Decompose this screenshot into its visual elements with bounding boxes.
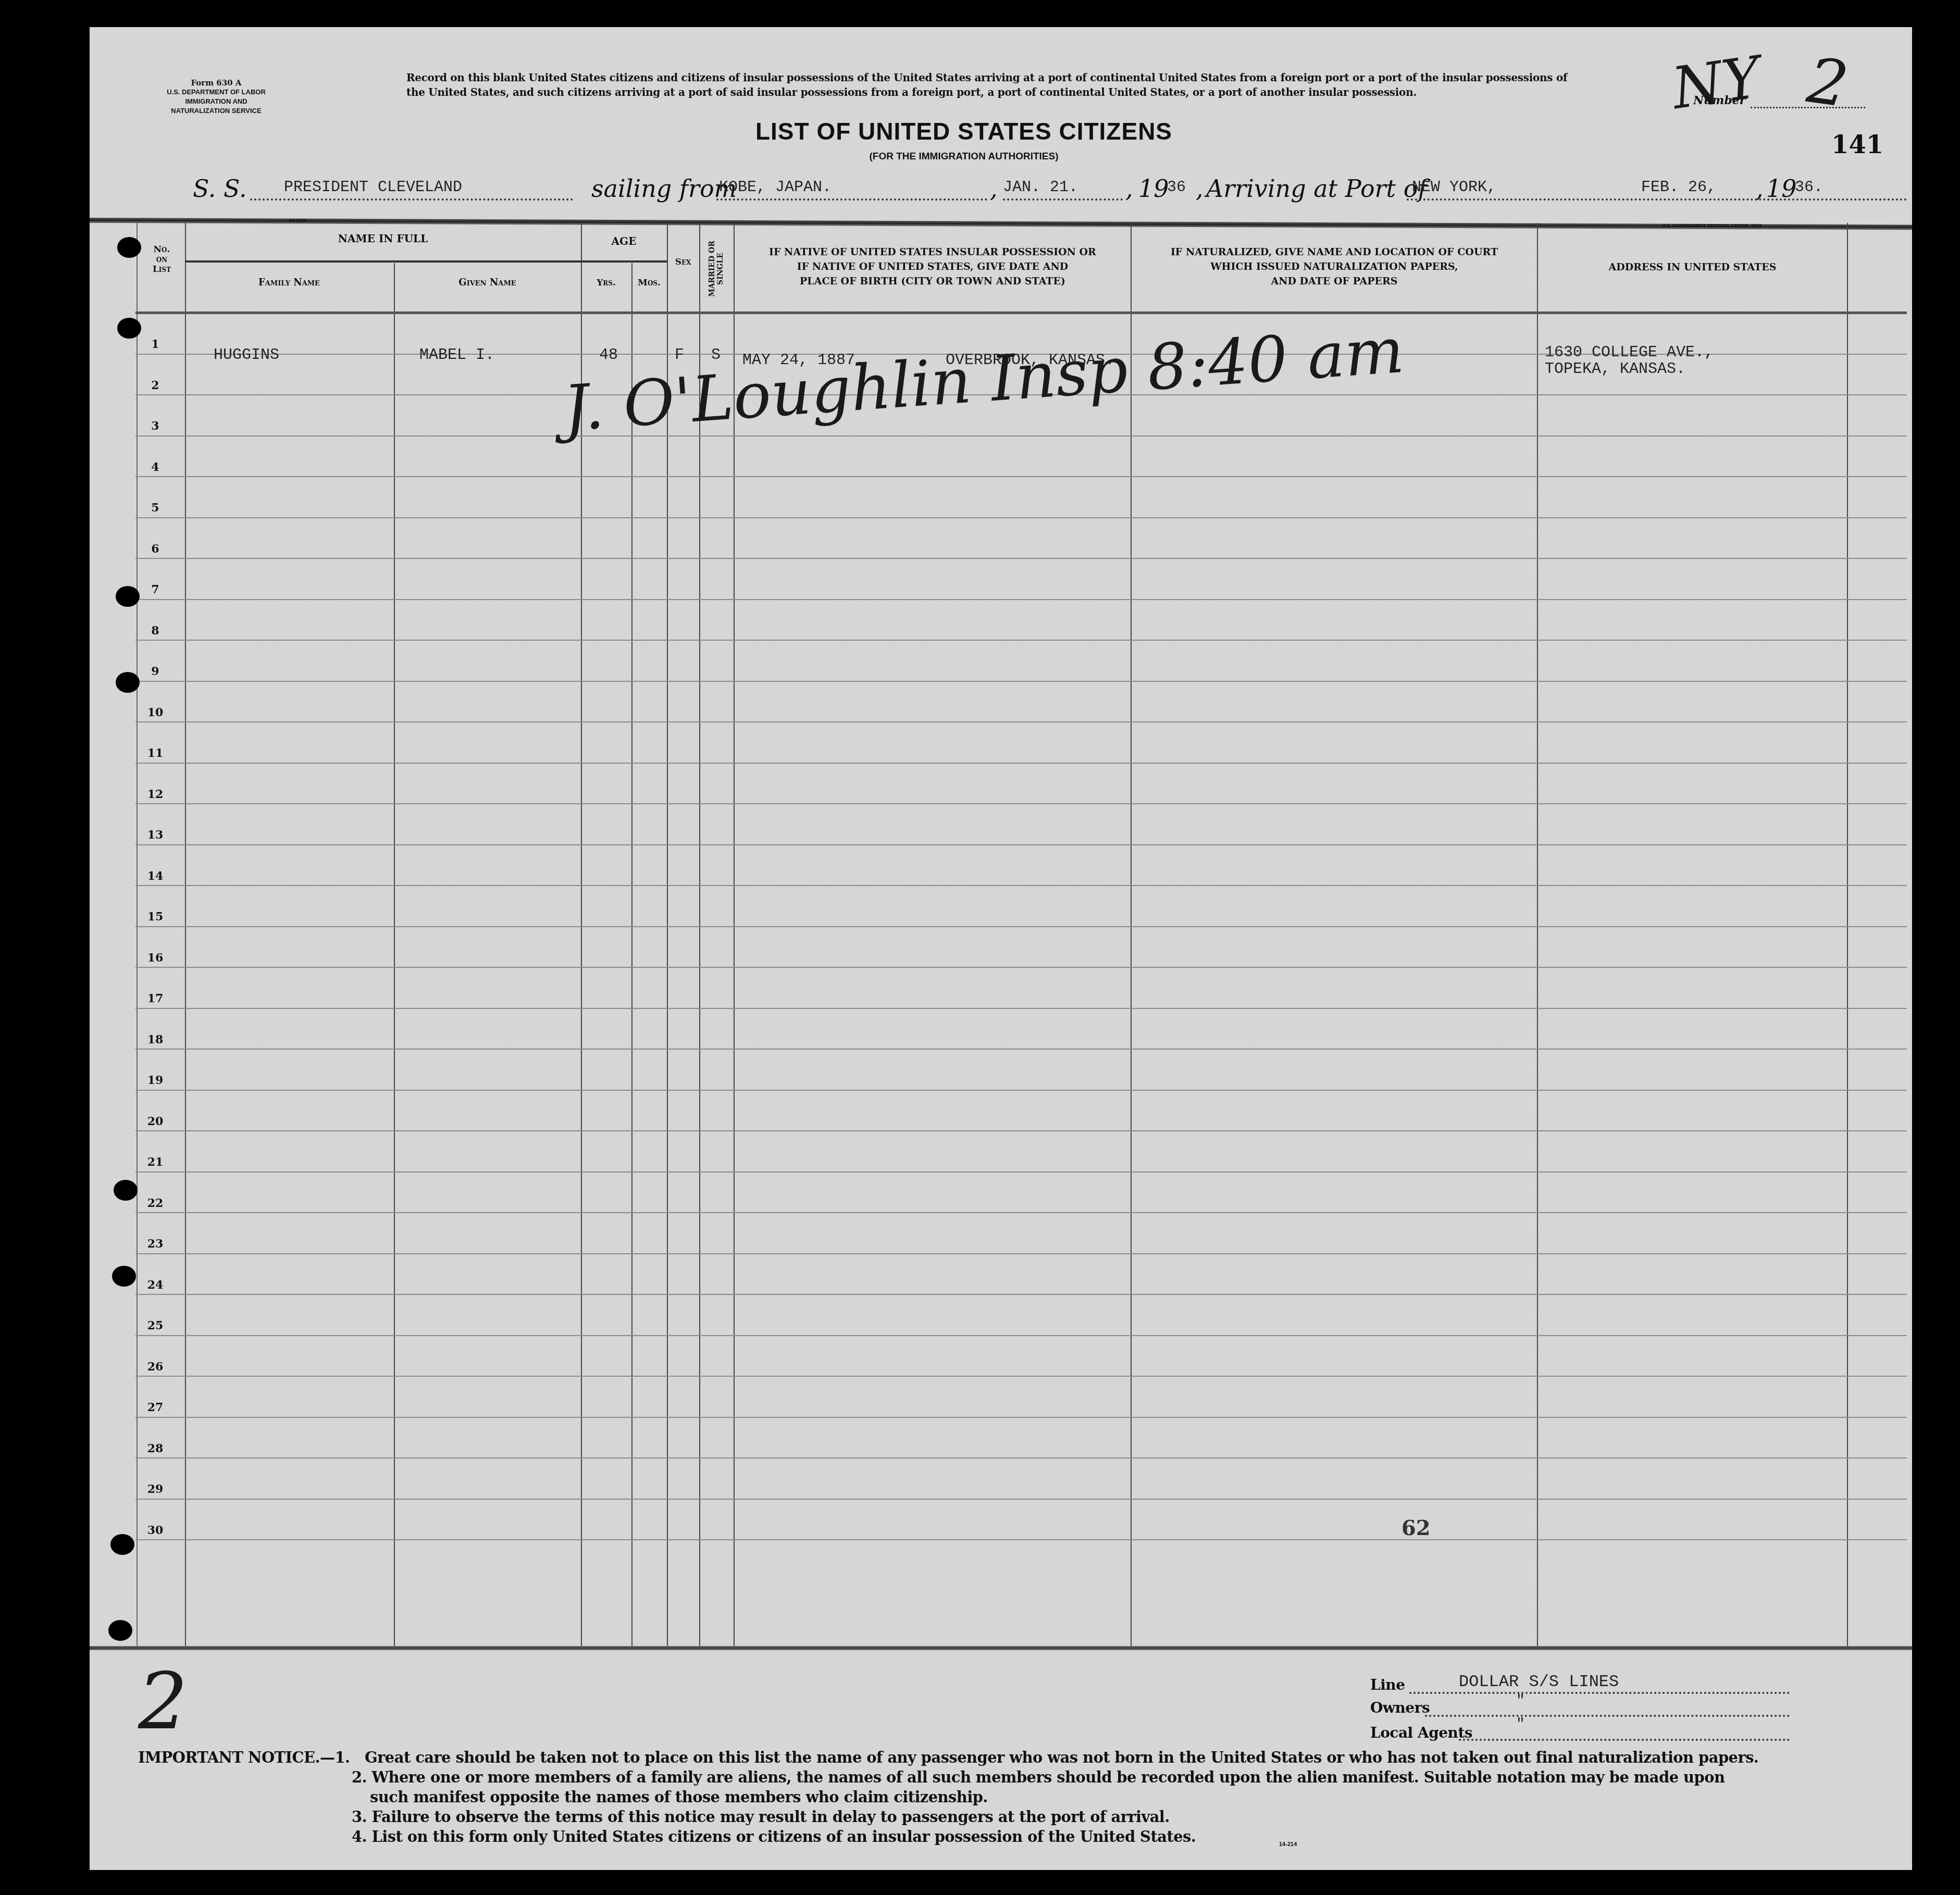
row-1-given-name: MABEL I. (419, 346, 494, 364)
page-title: LIST OF UNITED STATES CITIZENS (521, 117, 1407, 145)
row-number: 30 (140, 1524, 171, 1537)
arriving-label: Arriving at Port of (1206, 174, 1426, 203)
punch-hole (108, 1620, 132, 1641)
col-line-marital (734, 223, 735, 1648)
col-line-naturalized (1537, 223, 1538, 1648)
departure-year-prefix: 19 (1138, 174, 1169, 203)
row-line (135, 1008, 1907, 1009)
handwritten-page-count: 2 (138, 1656, 188, 1747)
ss-label: S. S. (193, 174, 247, 203)
header-age-yrs: Yrs. (581, 276, 631, 290)
row-number: 12 (140, 788, 171, 801)
ship-name: PRESIDENT CLEVELAND (284, 179, 462, 196)
row-number: 18 (140, 1033, 171, 1046)
header-birth: IF NATIVE OF UNITED STATES INSULAR POSSE… (735, 245, 1131, 289)
arrival-date: FEB. 26, (1641, 179, 1716, 196)
local-agents-value: " (1516, 1716, 1525, 1732)
col-line-family (394, 263, 395, 1648)
row-number: 9 (140, 665, 171, 678)
ship-name-line (250, 198, 573, 201)
service-line-2: NATURALIZATION SERVICE (130, 106, 302, 116)
col-line-yrs (631, 263, 632, 1648)
row-line (135, 803, 1907, 804)
row-1-address-line-2: TOPEKA, KANSAS. (1545, 360, 1685, 378)
col-line-birth (1131, 223, 1132, 1648)
row-line (135, 844, 1907, 845)
row-1-marital-status: S (711, 346, 721, 364)
header-naturalization: IF NATURALIZED, GIVE NAME AND LOCATION O… (1132, 245, 1537, 289)
line-label: Line (1370, 1676, 1405, 1693)
number-label: Number (1693, 94, 1745, 107)
row-line (135, 1376, 1907, 1377)
row-line (135, 1539, 1907, 1540)
row-number: 25 (140, 1319, 171, 1332)
row-number: 29 (140, 1482, 171, 1496)
row-line (135, 1212, 1907, 1213)
row-line (135, 1457, 1907, 1458)
punch-hole (114, 1180, 138, 1201)
header-family-name: Family Name (185, 276, 393, 290)
row-number: 23 (140, 1237, 171, 1251)
notice-item-2-cont: such manifest opposite the names of thos… (370, 1787, 988, 1807)
header-given-name: Given Name (394, 276, 581, 290)
departure-date-line (1003, 198, 1123, 201)
punch-hole (116, 672, 140, 693)
owners-field (1425, 1715, 1790, 1717)
form-code-top: 14-2144 (289, 218, 306, 223)
row-line (135, 763, 1907, 764)
row-number: 15 (140, 910, 171, 924)
notice-item-4: 4. List on this form only United States … (352, 1827, 1196, 1847)
row-number: 13 (140, 828, 171, 842)
form-code-bottom: 14-214 (1279, 1841, 1297, 1848)
row-1-address-line-1: 1630 COLLEGE AVE., (1545, 344, 1714, 361)
notice-label: IMPORTANT NOTICE.—1. (138, 1748, 350, 1767)
row-line (135, 1294, 1907, 1295)
row-number: 14 (140, 869, 171, 883)
arrival-line (1407, 198, 1907, 201)
header-no-on-list: No. on List (140, 245, 184, 275)
header-name-in-full: NAME IN FULL (185, 232, 581, 245)
line-field (1409, 1692, 1790, 1694)
stamped-page-number: 141 (1831, 130, 1883, 159)
row-number: 3 (140, 419, 171, 433)
row-line (135, 558, 1907, 559)
row-number: 17 (140, 992, 171, 1005)
voyage-line: S. S. PRESIDENT CLEVELAND sailing from K… (193, 174, 1839, 206)
service-line-1: IMMIGRATION AND (130, 97, 302, 106)
row-line (135, 1417, 1907, 1418)
departure-year-suffix: 36 (1167, 179, 1186, 196)
arrival-year-prefix: 19 (1766, 174, 1797, 203)
row-line (135, 1130, 1907, 1131)
line-value: DOLLAR S/S LINES (1459, 1672, 1619, 1691)
row-number: 5 (140, 501, 171, 515)
row-number: 6 (140, 542, 171, 556)
row-line (135, 435, 1907, 437)
header-sex: Sex (667, 255, 699, 269)
row-number: 8 (140, 624, 171, 638)
local-agents-label: Local Agents (1370, 1724, 1472, 1741)
row-line (135, 1049, 1907, 1050)
row-1-sex: F (675, 346, 684, 364)
row-line (135, 1253, 1907, 1254)
header-age: AGE (581, 234, 667, 248)
row-line (135, 1090, 1907, 1091)
local-agents-field (1459, 1739, 1790, 1741)
col-line-address (1847, 223, 1848, 1648)
row-line (135, 967, 1907, 968)
header-age-mos: Mos. (631, 276, 667, 290)
margin-line (137, 223, 138, 1648)
row-number: 2 (140, 379, 171, 392)
stamp-62: 62 (1401, 1516, 1431, 1540)
notice-item-3: 3. Failure to observe the terms of this … (352, 1807, 1170, 1827)
arrival-year-suffix: 36. (1795, 179, 1823, 196)
row-number: 19 (140, 1074, 171, 1087)
row-1-age-years: 48 (599, 346, 618, 364)
row-line (135, 926, 1907, 927)
row-line (135, 640, 1907, 641)
row-number: 24 (140, 1278, 171, 1292)
table-bottom-rule (90, 1646, 1912, 1650)
document-page (90, 27, 1912, 1870)
row-number: 20 (140, 1115, 171, 1128)
owners-label: Owners (1370, 1699, 1430, 1716)
row-number: 22 (140, 1196, 171, 1210)
row-line (135, 885, 1907, 886)
col-line-sex (699, 223, 700, 1648)
department-name: U.S. DEPARTMENT OF LABOR (130, 88, 302, 97)
row-line (135, 1171, 1907, 1173)
departure-date: JAN. 21. (1003, 179, 1078, 196)
header-address: ADDRESS IN UNITED STATES (1538, 260, 1847, 274)
row-line (135, 681, 1907, 682)
row-number: 10 (140, 706, 171, 719)
header-bottom-rule (135, 311, 1907, 314)
punch-hole (117, 318, 141, 339)
handwritten-port-mark: NY (1668, 44, 1765, 122)
row-number: 28 (140, 1442, 171, 1455)
row-line (135, 517, 1907, 518)
sailing-from-label: sailing from (591, 174, 737, 203)
row-number: 7 (140, 583, 171, 596)
row-line (135, 1499, 1907, 1500)
row-1-family-name: HUGGINS (214, 346, 279, 364)
row-number: 1 (140, 338, 171, 351)
name-age-subrule (185, 260, 667, 263)
departure-port-line (716, 198, 987, 201)
notice-item-1: Great care should be taken not to place … (365, 1748, 1758, 1767)
punch-hole (117, 237, 141, 258)
row-number: 21 (140, 1155, 171, 1169)
page-subtitle: (FOR THE IMMIGRATION AUTHORITIES) (703, 151, 1224, 163)
form-agency-block: Form 630 A U.S. DEPARTMENT OF LABOR IMMI… (130, 78, 302, 116)
header-married-or-single: MARRIED OR SINGLE (708, 230, 725, 308)
departure-port: KOBE, JAPAN. (719, 179, 832, 196)
form-instructions: Record on this blank United States citiz… (406, 70, 1589, 99)
col-line-no (185, 223, 186, 1648)
form-number: Form 630 A (130, 78, 302, 88)
punch-hole (116, 586, 140, 607)
row-line (135, 1335, 1907, 1336)
row-number: 16 (140, 951, 171, 965)
row-line (135, 476, 1907, 477)
row-line (135, 599, 1907, 600)
owners-value: " (1516, 1693, 1525, 1709)
row-number: 27 (140, 1401, 171, 1414)
arrival-port: NEW YORK, (1412, 179, 1496, 196)
row-number: 26 (140, 1360, 171, 1374)
notice-item-2: 2. Where one or more members of a family… (352, 1767, 1725, 1787)
row-number: 11 (140, 746, 171, 760)
row-number: 4 (140, 460, 171, 474)
row-line (135, 721, 1907, 722)
punch-hole (112, 1266, 136, 1287)
gpo-imprint: U.S. GOVERNMENT PRINTING OFFICE: 1934 (1662, 223, 1761, 228)
punch-hole (110, 1534, 134, 1555)
